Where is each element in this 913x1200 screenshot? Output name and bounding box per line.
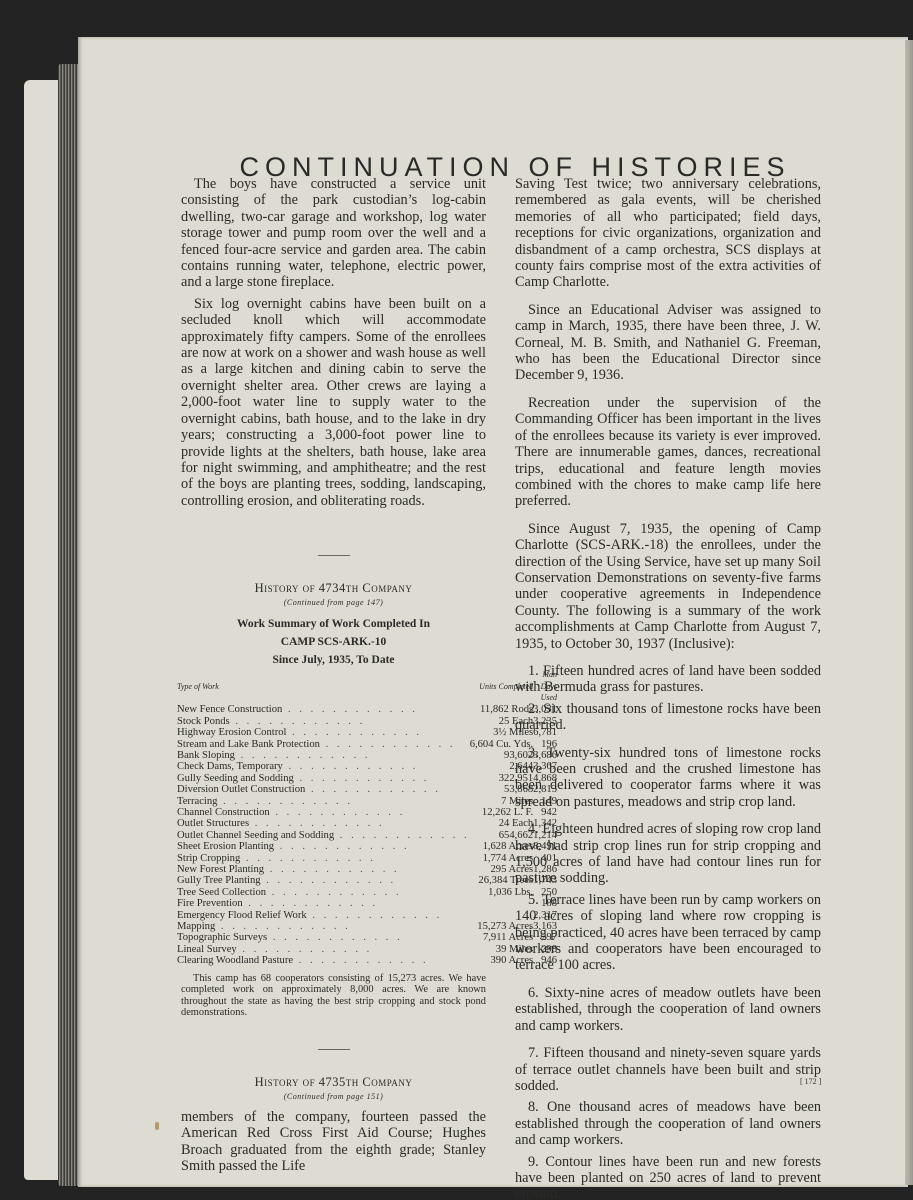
leader-dots: . . . . . . . . . . . .	[240, 853, 376, 864]
cell-work: Highway Erosion Control . . . . . . . . …	[177, 727, 470, 738]
leader-dots: . . . . . . . . . . . .	[217, 796, 353, 807]
cell-work: Fire Prevention . . . . . . . . . . . .	[177, 898, 470, 909]
table-row: Diversion Outlet Construction . . . . . …	[177, 784, 557, 795]
cell-work: Clearing Woodland Pasture . . . . . . . …	[177, 955, 470, 966]
table-row: Emergency Flood Relief Work . . . . . . …	[177, 910, 557, 921]
cell-text: Fire Prevention	[177, 898, 243, 909]
cell-text: Outlet Channel Seeding and Sodding	[177, 830, 334, 841]
section-heading: History of 4735th Company	[181, 1075, 486, 1090]
table-row: Tree Seed Collection . . . . . . . . . .…	[177, 887, 557, 898]
table-row: Mapping . . . . . . . . . . . .15,273 Ac…	[177, 921, 557, 932]
column-header: Type of Work	[177, 669, 470, 704]
leader-dots: . . . . . . . . . . . .	[267, 932, 403, 943]
table-row: Check Dams, Temporary . . . . . . . . . …	[177, 761, 557, 772]
leader-dots: . . . . . . . . . . . .	[320, 739, 456, 750]
leader-dots: . . . . . . . . . . . .	[286, 727, 422, 738]
cell-text: Highway Erosion Control	[177, 727, 286, 738]
list-item: 4. Eighteen hundred acres of sloping row…	[515, 821, 821, 887]
cell-text: Stock Ponds	[177, 716, 230, 727]
table-row: Clearing Woodland Pasture . . . . . . . …	[177, 955, 557, 966]
list-item: 6. Sixty-nine acres of meadow outlets ha…	[515, 985, 821, 1034]
table-row: Outlet Structures . . . . . . . . . . . …	[177, 818, 557, 829]
paragraph: Since August 7, 1935, the opening of Cam…	[515, 521, 821, 652]
cell-work: New Forest Planting . . . . . . . . . . …	[177, 864, 470, 875]
leader-dots: . . . . . . . . . . . .	[261, 875, 397, 886]
table-row: Strip Cropping . . . . . . . . . . . .1,…	[177, 853, 557, 864]
paragraph: Six log overnight cabins have been built…	[181, 296, 486, 509]
camp-note: This camp has 68 cooperators consisting …	[181, 973, 486, 1019]
table-row: Gully Tree Planting . . . . . . . . . . …	[177, 875, 557, 886]
history-4735-section: History of 4735th Company (Continued fro…	[181, 1075, 486, 1175]
continued-note: (Continued from page 151)	[181, 1092, 486, 1101]
cell-text: Outlet Structures	[177, 818, 249, 829]
cell-work: Check Dams, Temporary . . . . . . . . . …	[177, 761, 470, 772]
section-heading: History of 4734th Company	[181, 581, 486, 596]
table-row: New Forest Planting . . . . . . . . . . …	[177, 864, 557, 875]
leader-dots: . . . . . . . . . . . .	[274, 841, 410, 852]
cell-work: New Fence Construction . . . . . . . . .…	[177, 704, 470, 715]
paragraph: Recreation under the supervision of the …	[515, 395, 821, 510]
page-number: [ 172 ]	[800, 1077, 821, 1086]
paragraph: The boys have constructed a service unit…	[181, 176, 486, 291]
cell-text: Topographic Surveys	[177, 932, 267, 943]
cell-text: Diversion Outlet Construction	[177, 784, 305, 795]
list-item: 5. Terrace lines have been run by camp w…	[515, 892, 821, 974]
cell-work: Outlet Channel Seeding and Sodding . . .…	[177, 830, 470, 841]
cell-work: Diversion Outlet Construction . . . . . …	[177, 784, 470, 795]
leader-dots: . . . . . . . . . . . .	[294, 773, 430, 784]
leader-dots: . . . . . . . . . . . .	[264, 864, 400, 875]
table-row: Bank Sloping . . . . . . . . . . . .93,6…	[177, 750, 557, 761]
cell-text: Gully Tree Planting	[177, 875, 261, 886]
cell-text: Emergency Flood Relief Work	[177, 910, 307, 921]
table-row: Topographic Surveys . . . . . . . . . . …	[177, 932, 557, 943]
list-item: 9. Contour lines have been run and new f…	[515, 1154, 821, 1200]
camp-name: CAMP SCS-ARK.-10	[181, 633, 486, 651]
cell-work: Stock Ponds . . . . . . . . . . . .	[177, 716, 470, 727]
cell-text: Mapping	[177, 921, 215, 932]
history-4734-section: History of 4734th Company (Continued fro…	[181, 581, 486, 1019]
table-row: Terracing . . . . . . . . . . . .7 Miles…	[177, 796, 557, 807]
leader-dots: . . . . . . . . . . . .	[283, 761, 419, 772]
cell-work: Outlet Structures . . . . . . . . . . . …	[177, 818, 470, 829]
cell-text: Strip Cropping	[177, 853, 240, 864]
cell-work: Mapping . . . . . . . . . . . .	[177, 921, 470, 932]
table-row: Stock Ponds . . . . . . . . . . . .25 Ea…	[177, 716, 557, 727]
cell-work: Terracing . . . . . . . . . . . .	[177, 796, 470, 807]
cell-text: Sheet Erosion Planting	[177, 841, 274, 852]
list-item: 3. Twenty-six hundred tons of limestone …	[515, 745, 821, 811]
table-row: Fire Prevention . . . . . . . . . . . .1…	[177, 898, 557, 909]
table-row: New Fence Construction . . . . . . . . .…	[177, 704, 557, 715]
cell-text: New Fence Construction	[177, 704, 282, 715]
leader-dots: . . . . . . . . . . . .	[235, 750, 371, 761]
cell-work: Lineal Survey . . . . . . . . . . . .	[177, 944, 470, 955]
cell-work: Channel Construction . . . . . . . . . .…	[177, 807, 470, 818]
leader-dots: . . . . . . . . . . . .	[230, 716, 366, 727]
leader-dots: . . . . . . . . . . . .	[266, 887, 402, 898]
leader-dots: . . . . . . . . . . . .	[215, 921, 351, 932]
left-column: The boys have constructed a service unit…	[181, 176, 486, 1180]
table-row: Sheet Erosion Planting . . . . . . . . .…	[177, 841, 557, 852]
cell-text: New Forest Planting	[177, 864, 264, 875]
page-stack-edges	[58, 64, 80, 1186]
leader-dots: . . . . . . . . . . . .	[249, 818, 385, 829]
leader-dots: . . . . . . . . . . . .	[305, 784, 441, 795]
page-right-edge	[905, 40, 913, 1185]
cell-work: Gully Seeding and Sodding . . . . . . . …	[177, 773, 470, 784]
leader-dots: . . . . . . . . . . . .	[237, 944, 373, 955]
leader-dots: . . . . . . . . . . . .	[307, 910, 443, 921]
table-row: Gully Seeding and Sodding . . . . . . . …	[177, 773, 557, 784]
cell-work: Topographic Surveys . . . . . . . . . . …	[177, 932, 470, 943]
list-item: 7. Fifteen thousand and ninety-seven squ…	[515, 1045, 821, 1094]
cell-work: Emergency Flood Relief Work . . . . . . …	[177, 910, 470, 921]
cell-text: Check Dams, Temporary	[177, 761, 283, 772]
paper-stain	[155, 1122, 159, 1130]
cell-text: Tree Seed Collection	[177, 887, 266, 898]
table-row: Highway Erosion Control . . . . . . . . …	[177, 727, 557, 738]
cell-text: Terracing	[177, 796, 217, 807]
cell-text: Channel Construction	[177, 807, 270, 818]
paragraph: Since an Educational Adviser was assigne…	[515, 302, 821, 384]
table-row: Lineal Survey . . . . . . . . . . . .39 …	[177, 944, 557, 955]
list-item: 2. Six thousand tons of limestone rocks …	[515, 701, 821, 734]
cell-work: Gully Tree Planting . . . . . . . . . . …	[177, 875, 470, 886]
leader-dots: . . . . . . . . . . . .	[282, 704, 418, 715]
right-column: Saving Test twice; two anniversary celeb…	[515, 176, 821, 1200]
cell-work: Sheet Erosion Planting . . . . . . . . .…	[177, 841, 470, 852]
cell-text: Stream and Lake Bank Protection	[177, 739, 320, 750]
cell-work: Bank Sloping . . . . . . . . . . . .	[177, 750, 470, 761]
continued-note: (Continued from page 147)	[181, 598, 486, 607]
cell-text: Gully Seeding and Sodding	[177, 773, 294, 784]
summary-title: Work Summary of Work Completed In	[181, 615, 486, 633]
leader-dots: . . . . . . . . . . . .	[270, 807, 406, 818]
cell-work: Tree Seed Collection . . . . . . . . . .…	[177, 887, 470, 898]
leader-dots: . . . . . . . . . . . .	[334, 830, 470, 841]
table-row: Stream and Lake Bank Protection . . . . …	[177, 739, 557, 750]
paragraph: Saving Test twice; two anniversary celeb…	[515, 176, 821, 291]
work-summary-table: Type of Work Units Completed Man Days Us…	[177, 669, 557, 967]
summary-dates: Since July, 1935, To Date	[181, 651, 486, 669]
list-item: 8. One thousand acres of meadows have be…	[515, 1099, 821, 1148]
list-item: 1. Fifteen hundred acres of land have be…	[515, 663, 821, 696]
cell-work: Strip Cropping . . . . . . . . . . . .	[177, 853, 470, 864]
paragraph: members of the company, fourteen passed …	[181, 1109, 486, 1175]
leader-dots: . . . . . . . . . . . .	[243, 898, 379, 909]
cell-text: Lineal Survey	[177, 944, 237, 955]
cell-text: Clearing Woodland Pasture	[177, 955, 293, 966]
cell-text: Bank Sloping	[177, 750, 235, 761]
cell-work: Stream and Lake Bank Protection . . . . …	[177, 739, 470, 750]
table-row: Outlet Channel Seeding and Sodding . . .…	[177, 830, 557, 841]
leader-dots: . . . . . . . . . . . .	[293, 955, 429, 966]
table-row: Channel Construction . . . . . . . . . .…	[177, 807, 557, 818]
